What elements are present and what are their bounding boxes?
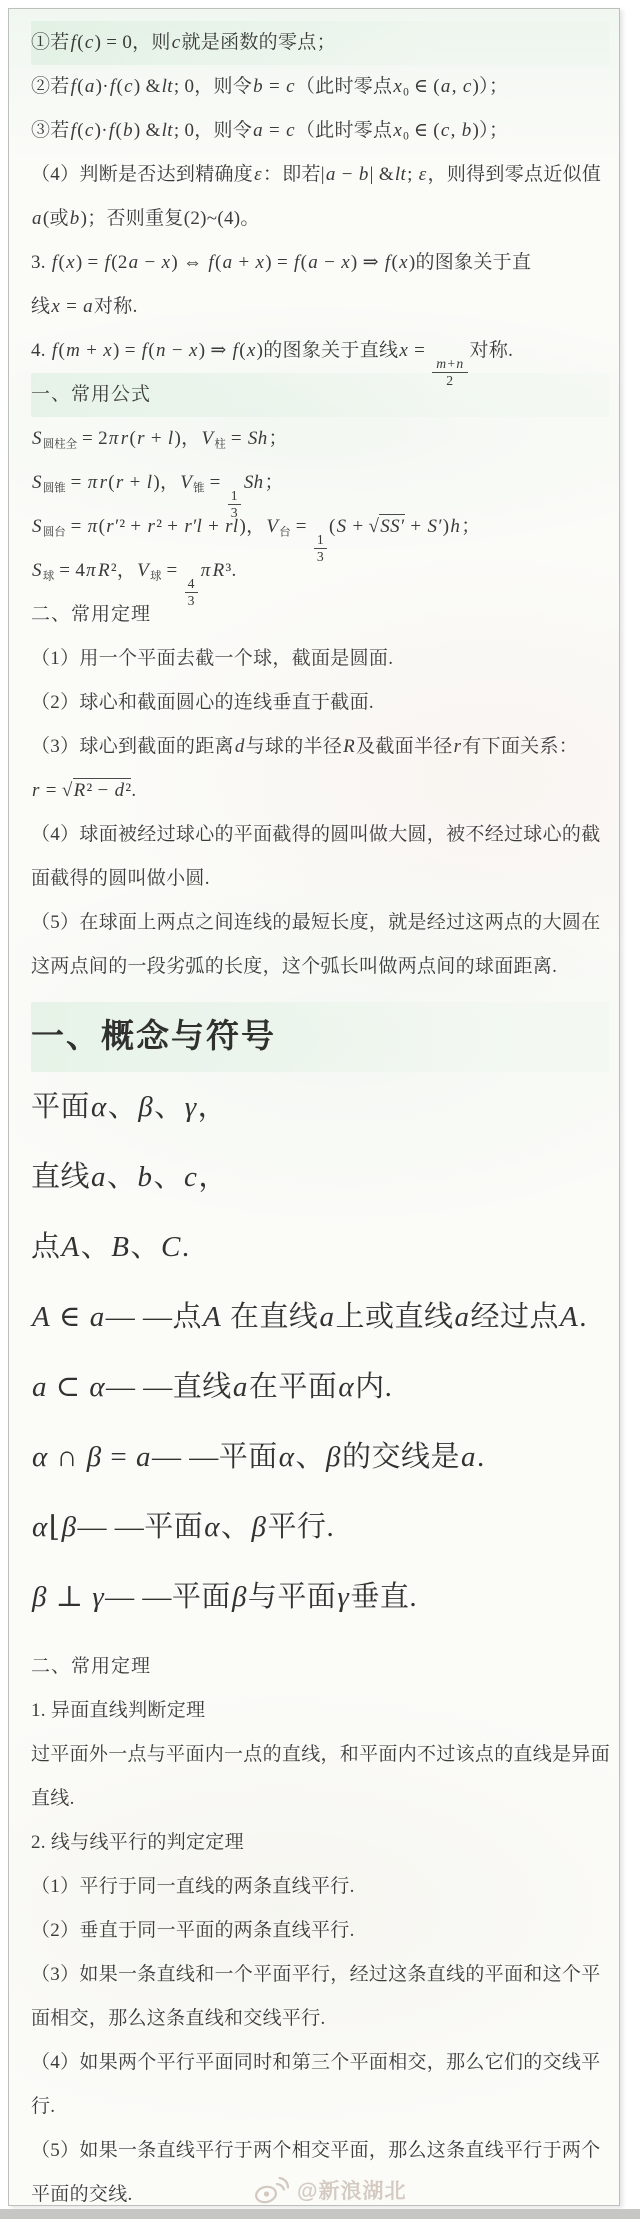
text-line: α⌊β— —平面α、β平行. bbox=[31, 1492, 609, 1562]
photo-bottom-edge bbox=[0, 2209, 640, 2219]
text-line: β ⊥ γ— —平面β与平面γ垂直. bbox=[31, 1562, 609, 1632]
text-line: S圆柱全 = 2πr(r + l)，V柱 = Sh； bbox=[31, 417, 609, 461]
text-line: 平面α、β、γ， bbox=[31, 1072, 609, 1142]
text-line: 点A、B、C. bbox=[31, 1212, 609, 1282]
text-line: 一、常用公式 bbox=[31, 373, 609, 417]
text-line: 1. 异面直线判断定理 bbox=[31, 1689, 609, 1733]
text-line: 二、常用定理 bbox=[31, 593, 609, 637]
text-line: 二、常用定理 bbox=[31, 1645, 609, 1689]
text-line: 4. f(m + x) = f(n − x) ⇒ f(x)的图象关于直线x = … bbox=[31, 329, 609, 373]
text-line: ②若f(a)·f(c) &lt; 0，则令b = c（此时零点x0 ∈ (a, … bbox=[31, 65, 609, 109]
text-line: （2）垂直于同一平面的两条直线平行. bbox=[31, 1909, 609, 1953]
text-line: （5）在球面上两点之间连线的最短长度，就是经过这两点的大圆在 bbox=[31, 901, 609, 945]
text-line: 线x = a对称. bbox=[31, 285, 609, 329]
watermark-handle: @新浪湖北 bbox=[297, 2175, 406, 2205]
watermark: @新浪湖北 bbox=[253, 2172, 406, 2208]
text-line: （4）如果两个平行平面同时和第三个平面相交，那么它们的交线平 bbox=[31, 2041, 609, 2085]
screenshot-root: { "page": { "background": "#fbfbf8", "in… bbox=[0, 0, 640, 2219]
text-line: S圆锥 = πr(r + l)，V锥 = 13Sh； bbox=[31, 461, 609, 505]
text-line: （4）球面被经过球心的平面截得的圆叫做大圆，被不经过球心的截 bbox=[31, 813, 609, 857]
text-line: 直线. bbox=[31, 1777, 609, 1821]
text-line: 面相交，那么这条直线和交线平行. bbox=[31, 1997, 609, 2041]
text-line: 一、概念与符号 bbox=[31, 1002, 609, 1072]
text-line: A ∈ a— —点A 在直线a上或直线a经过点A. bbox=[31, 1282, 609, 1352]
text-line: （1）平行于同一直线的两条直线平行. bbox=[31, 1865, 609, 1909]
text-line: α ∩ β = a— —平面α、β的交线是a. bbox=[31, 1422, 609, 1492]
notes-text-block: ①若f(c) = 0，则c就是函数的零点；②若f(a)·f(c) &lt; 0，… bbox=[31, 21, 609, 2206]
text-line: （4）判断是否达到精确度ε：即若|a − b| &lt; ε，则得到零点近似值 bbox=[31, 153, 609, 197]
text-line: r = √R² − d². bbox=[31, 769, 609, 813]
text-line: ③若f(c)·f(b) &lt; 0，则令a = c（此时零点x0 ∈ (c, … bbox=[31, 109, 609, 153]
text-line: （1）用一个平面去截一个球，截面是圆面. bbox=[31, 637, 609, 681]
text-line: S圆台 = π(r′² + r² + r′l + rl)，V台 = 13(S +… bbox=[31, 505, 609, 549]
text-line: a(或b)；否则重复(2)~(4)。 bbox=[31, 197, 609, 241]
weibo-eye-icon bbox=[253, 2175, 291, 2205]
text-line: 3. f(x) = f(2a − x) ⇔ f(a + x) = f(a − x… bbox=[31, 241, 609, 285]
text-line: 直线a、b、c， bbox=[31, 1142, 609, 1212]
text-line: 行. bbox=[31, 2085, 609, 2129]
text-line: 过平面外一点与平面内一点的直线，和平面内不过该点的直线是异面 bbox=[31, 1733, 609, 1777]
text-line: 这两点间的一段劣弧的长度，这个弧长叫做两点间的球面距离. bbox=[31, 945, 609, 989]
text-line: 2. 线与线平行的判定定理 bbox=[31, 1821, 609, 1865]
text-line: （3）如果一条直线和一个平面平行，经过这条直线的平面和这个平 bbox=[31, 1953, 609, 1997]
text-line: （2）球心和截面圆心的连线垂直于截面. bbox=[31, 681, 609, 725]
text-line: 面截得的圆叫做小圆. bbox=[31, 857, 609, 901]
text-line: a ⊂ α— —直线a在平面α内. bbox=[31, 1352, 609, 1422]
text-line: （3）球心到截面的距离d与球的半径R及截面半径r有下面关系： bbox=[31, 725, 609, 769]
text-line: （5）如果一条直线平行于两个相交平面，那么这条直线平行于两个 bbox=[31, 2129, 609, 2173]
text-line: ①若f(c) = 0，则c就是函数的零点； bbox=[31, 21, 609, 65]
notes-page: ①若f(c) = 0，则c就是函数的零点；②若f(a)·f(c) &lt; 0，… bbox=[8, 8, 620, 2206]
